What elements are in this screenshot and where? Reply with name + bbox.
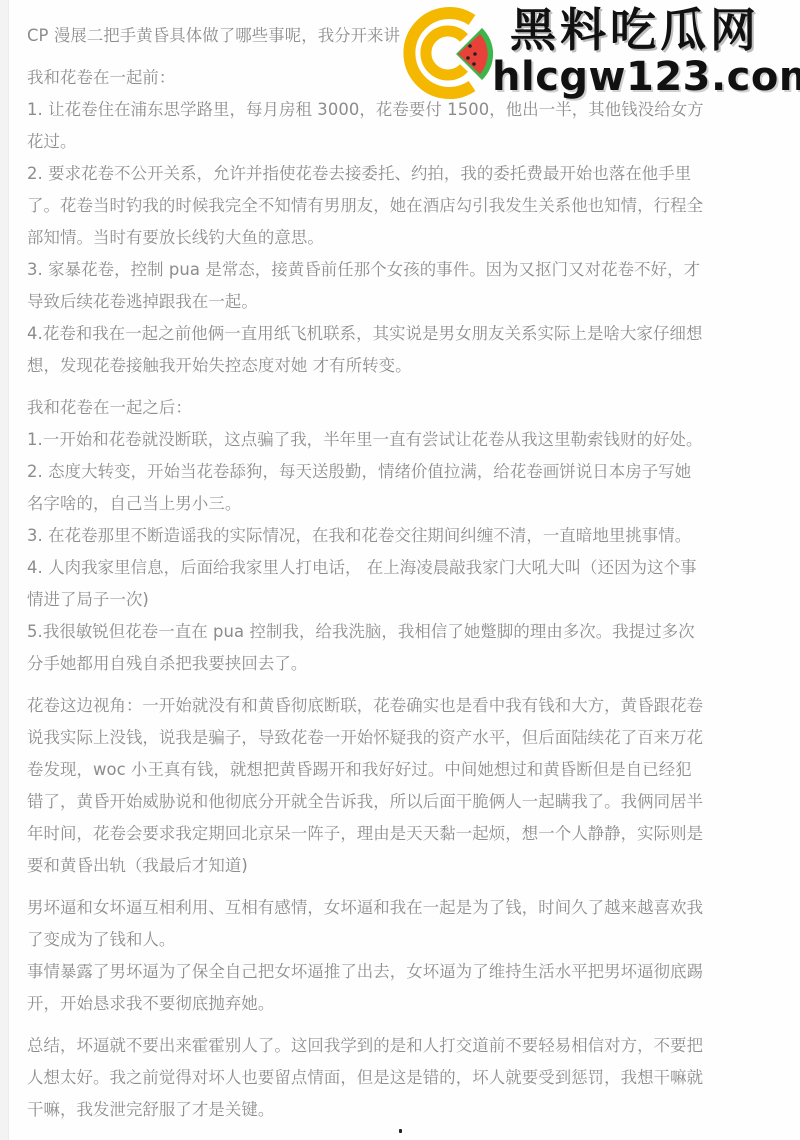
perspective-paragraph: 花卷这边视角：一开始就没有和黄昏彻底断联，花卷确实也是看中我有钱和大方，黄昏跟花… <box>27 690 767 882</box>
summary-paragraph: 总结，坏逼就不要出来霍霍别人了。这回我学到的是和人打交道前不要轻易相信对方，不要… <box>27 1030 767 1126</box>
list-item: 5.我很敏锐但花卷一直在 pua 控制我，给我洗脑，我相信了她蹩脚的理由多次。我… <box>27 616 767 680</box>
mutual-paragraph: 男坏逼和女坏逼互相利用、互相有感情，女坏逼和我在一起是为了钱，时间久了越来越喜欢… <box>27 892 767 1020</box>
paragraph-line: 干嘛，我发泄完舒服了才是关键。 <box>27 1094 767 1126</box>
list-item: 1. 让花卷住在浦东思学路里，每月房租 3000，花卷要付 1500，他出一半，… <box>27 94 767 158</box>
list-item: 2. 要求花卷不公开关系，允许并指使花卷去接委托、约拍，我的委托费最开始也落在他… <box>27 158 767 254</box>
list-line: 花过。 <box>27 126 767 158</box>
paragraph-line: 年时间，花卷会要求我定期回北京呆一阵子，理由是天天黏一起烦，想一个人静静，实际则… <box>27 818 767 850</box>
list-item: 4.花卷和我在一起之前他俩一直用纸飞机联系，其实说是男女朋友关系实际上是啥大家仔… <box>27 318 767 382</box>
stray-dot <box>399 1129 402 1133</box>
article-body: CP 漫展二把手黄昏具体做了哪些事呢，我分开来讲 我和花卷在一起前： 1. 让花… <box>27 20 767 1126</box>
section-after: 我和花卷在一起之后： 1.一开始和花卷就没断联，这点骗了我，半年里一直有尝试让花… <box>27 392 767 680</box>
list-line: 情进了局子一次) <box>27 584 767 616</box>
section-heading-after: 我和花卷在一起之后： <box>27 392 767 424</box>
left-border <box>0 0 9 1140</box>
list-item: 3. 家暴花卷，控制 pua 是常态，接黄昏前任那个女孩的事件。因为又抠门又对花… <box>27 254 767 318</box>
list-line: 1.一开始和花卷就没断联，这点骗了我，半年里一直有尝试让花卷从我这里勒索钱财的好… <box>27 424 767 456</box>
list-line: 5.我很敏锐但花卷一直在 pua 控制我，给我洗脑，我相信了她蹩脚的理由多次。我… <box>27 616 767 648</box>
paragraph-line: 花卷这边视角：一开始就没有和黄昏彻底断联，花卷确实也是看中我有钱和大方，黄昏跟花… <box>27 690 767 722</box>
watermark-title: 黑料吃瓜网 <box>510 4 760 56</box>
list-line: 2. 态度大转变，开始当花卷舔狗，每天送殷勤，情绪价值拉满，给花卷画饼说日本房子… <box>27 456 767 488</box>
list-line: 想，发现花卷接触我开始失控态度对她 才有所转变。 <box>27 350 767 382</box>
list-line: 了。花卷当时钓我的时候我完全不知情有男朋友，她在酒店勾引我发生关系他也知情，行程… <box>27 190 767 222</box>
paragraph-line: 事情暴露了男坏逼为了保全自己把女坏逼推了出去，女坏逼为了维持生活水平把男坏逼彻底… <box>27 956 767 988</box>
list-item: 4. 人肉我家里信息，后面给我家里人打电话， 在上海凌晨敲我家门大吼大叫（还因为… <box>27 552 767 616</box>
paragraph-line: 了变成为了钱和人。 <box>27 924 767 956</box>
paragraph-line: 错了，黄昏开始威胁说和他彻底分开就全告诉我，所以后面干脆俩人一起瞒我了。我俩同居… <box>27 786 767 818</box>
paragraph-line: 卷发现，woc 小王真有钱，就想把黄昏踢开和我好好过。中间她想过和黄昏断但是自已… <box>27 754 767 786</box>
list-line: 3. 家暴花卷，控制 pua 是常态，接黄昏前任那个女孩的事件。因为又抠门又对花… <box>27 254 767 286</box>
list-line: 分手她都用自残自杀把我要挟回去了。 <box>27 648 767 680</box>
paragraph-line: 开，开始恳求我不要彻底抛弃她。 <box>27 988 767 1020</box>
list-line: 4. 人肉我家里信息，后面给我家里人打电话， 在上海凌晨敲我家门大吼大叫（还因为… <box>27 552 767 584</box>
list-item: 1.一开始和花卷就没断联，这点骗了我，半年里一直有尝试让花卷从我这里勒索钱财的好… <box>27 424 767 456</box>
watermelon-logo-icon <box>402 2 494 102</box>
watermark-url: hlcgw123.com <box>492 54 800 100</box>
list-item: 3. 在花卷那里不断造谣我的实际情况，在我和花卷交往期间纠缠不清，一直暗地里挑事… <box>27 520 767 552</box>
paragraph-line: 说我实际上没钱，说我是骗子，导致花卷一开始怀疑我的资产水平，但后面陆续花了百来万… <box>27 722 767 754</box>
paragraph-line: 人想太好。我之前觉得对坏人也要留点情面，但是这是错的，坏人就要受到惩罚，我想干嘛… <box>27 1062 767 1094</box>
list-line: 4.花卷和我在一起之前他俩一直用纸飞机联系，其实说是男女朋友关系实际上是啥大家仔… <box>27 318 767 350</box>
list-line: 名字啥的，自己当上男小三。 <box>27 488 767 520</box>
list-line: 3. 在花卷那里不断造谣我的实际情况，在我和花卷交往期间纠缠不清，一直暗地里挑事… <box>27 520 767 552</box>
screenshot-page: CP 漫展二把手黄昏具体做了哪些事呢，我分开来讲 我和花卷在一起前： 1. 让花… <box>0 0 800 1140</box>
paragraph-line: 总结，坏逼就不要出来霍霍别人了。这回我学到的是和人打交道前不要轻易相信对方，不要… <box>27 1030 767 1062</box>
list-item: 2. 态度大转变，开始当花卷舔狗，每天送殷勤，情绪价值拉满，给花卷画饼说日本房子… <box>27 456 767 520</box>
site-watermark: 黑料吃瓜网 hlcgw123.com <box>402 2 794 102</box>
paragraph-line: 要和黄昏出轨（我最后才知道) <box>27 850 767 882</box>
list-line: 2. 要求花卷不公开关系，允许并指使花卷去接委托、约拍，我的委托费最开始也落在他… <box>27 158 767 190</box>
paragraph-line: 男坏逼和女坏逼互相利用、互相有感情，女坏逼和我在一起是为了钱，时间久了越来越喜欢… <box>27 892 767 924</box>
list-line: 部知情。当时有要放长线钓大鱼的意思。 <box>27 222 767 254</box>
section-before: 我和花卷在一起前： 1. 让花卷住在浦东思学路里，每月房租 3000，花卷要付 … <box>27 62 767 382</box>
list-line: 导致后续花卷逃掉跟我在一起。 <box>27 286 767 318</box>
